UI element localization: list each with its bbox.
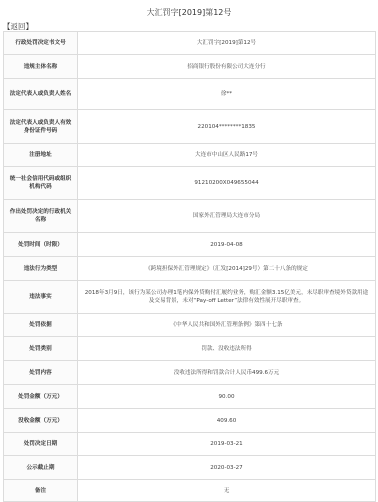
field-value: 没收违法所得和罚款合计人民币499.6万元 [78, 361, 376, 385]
field-value: 无 [78, 480, 376, 501]
field-label: 统一社会信用代码或组织机构代码 [4, 167, 78, 200]
table-row: 违规主体名称招商银行股份有限公司大连分行 [4, 55, 376, 79]
field-label: 处罚金额（万元） [4, 385, 78, 409]
field-label: 处罚类别 [4, 337, 78, 361]
field-value: 91210200X049655044 [78, 167, 376, 200]
field-label: 备注 [4, 480, 78, 501]
table-row: 违法事实2018年3月9日，该行为某公司办理1笔内保外贷购付汇履约业务，购汇金额… [4, 281, 376, 314]
field-label: 处罚依据 [4, 314, 78, 337]
field-label: 处罚决定日期 [4, 433, 78, 456]
table-row: 公示截止期2020-03-27 [4, 456, 376, 480]
field-value: 2020-03-27 [78, 456, 376, 480]
field-label: 注册地址 [4, 144, 78, 167]
table-row: 处罚时间（时限）2019-04-08 [4, 233, 376, 257]
table-row: 法定代表人或负责人有效身份证件号码220104********1835 [4, 110, 376, 144]
table-row: 处罚内容没收违法所得和罚款合计人民币499.6万元 [4, 361, 376, 385]
field-value: 2019-03-21 [78, 433, 376, 456]
table-row: 处罚决定日期2019-03-21 [4, 433, 376, 456]
penalty-info-table: 行政处罚决定书文号大汇罚字[2019]第12号违规主体名称招商银行股份有限公司大… [3, 31, 376, 500]
table-row: 法定代表人或负责人姓名徐** [4, 79, 376, 110]
field-value: 国家外汇管理局大连市分局 [78, 200, 376, 233]
field-value: 大汇罚字[2019]第12号 [78, 32, 376, 55]
field-value: 90.00 [78, 385, 376, 409]
field-value: 2018年3月9日，该行为某公司办理1笔内保外贷购付汇履约业务，购汇金额3.15… [78, 281, 376, 314]
field-value: 罚款、没收违法所得 [78, 337, 376, 361]
table-row: 统一社会信用代码或组织机构代码91210200X049655044 [4, 167, 376, 200]
field-label: 作出处罚决定的行政机关名称 [4, 200, 78, 233]
field-label: 违法行为类型 [4, 257, 78, 281]
table-row: 处罚依据《中华人民共和国外汇管理条例》第四十七条 [4, 314, 376, 337]
field-value: 220104********1835 [78, 110, 376, 144]
table-row: 处罚金额（万元）90.00 [4, 385, 376, 409]
field-label: 法定代表人或负责人有效身份证件号码 [4, 110, 78, 144]
field-value: 409.60 [78, 409, 376, 433]
field-value: 2019-04-08 [78, 233, 376, 257]
field-label: 行政处罚决定书文号 [4, 32, 78, 55]
table-row: 没收金额（万元）409.60 [4, 409, 376, 433]
table-row: 作出处罚决定的行政机关名称国家外汇管理局大连市分局 [4, 200, 376, 233]
table-row: 注册地址大连市中山区人民路17号 [4, 144, 376, 167]
field-value: 徐** [78, 79, 376, 110]
table-row: 行政处罚决定书文号大汇罚字[2019]第12号 [4, 32, 376, 55]
field-label: 违规主体名称 [4, 55, 78, 79]
table-row: 处罚类别罚款、没收违法所得 [4, 337, 376, 361]
field-label: 公示截止期 [4, 456, 78, 480]
field-label: 违法事实 [4, 281, 78, 314]
table-row: 违法行为类型《跨境担保外汇管理规定》（汇发[2014]29号）第二十八条的规定 [4, 257, 376, 281]
field-value: 大连市中山区人民路17号 [78, 144, 376, 167]
page-title: 大汇罚字[2019]第12号 [0, 2, 378, 24]
back-link[interactable]: 【返回】 [0, 23, 378, 31]
field-value: 招商银行股份有限公司大连分行 [78, 55, 376, 79]
field-label: 没收金额（万元） [4, 409, 78, 433]
field-value: 《中华人民共和国外汇管理条例》第四十七条 [78, 314, 376, 337]
field-value: 《跨境担保外汇管理规定》（汇发[2014]29号）第二十八条的规定 [78, 257, 376, 281]
field-label: 法定代表人或负责人姓名 [4, 79, 78, 110]
table-row: 备注无 [4, 480, 376, 501]
field-label: 处罚内容 [4, 361, 78, 385]
field-label: 处罚时间（时限） [4, 233, 78, 257]
